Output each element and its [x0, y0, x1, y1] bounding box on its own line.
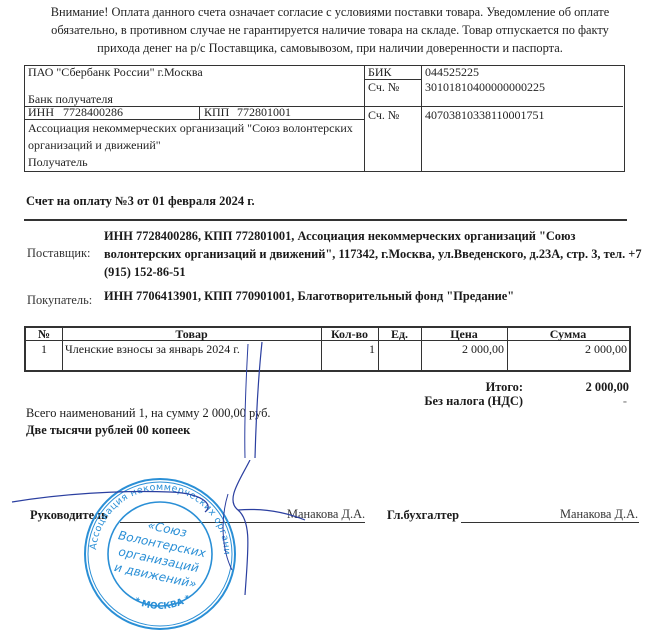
- items-summary: Всего наименований 1, на сумму 2 000,00 …: [26, 406, 270, 421]
- supplier-line: ИНН 7728400286, КПП 772801001, Ассоциаци…: [104, 227, 644, 245]
- recipient-name-line1: Ассоциация некоммерческих организаций "С…: [28, 121, 353, 136]
- bank-name: ПАО "Сбербанк России" г.Москва: [28, 65, 203, 80]
- column-header-unit: Ед.: [378, 327, 421, 342]
- account-label: Сч. №: [368, 108, 399, 123]
- supplier-line: (915) 152-86-51: [104, 263, 644, 281]
- stamp-bottom-text: * МОСКВА *: [132, 594, 193, 612]
- supplier-details: ИНН 7728400286, КПП 772801001, Ассоциаци…: [104, 227, 644, 281]
- total-label: Итого:: [380, 380, 523, 395]
- accountant-label: Гл.бухгалтер: [387, 508, 459, 523]
- column-header-num: №: [26, 327, 62, 342]
- row-item: Членские взносы за январь 2024 г.: [65, 342, 240, 357]
- goods-table: № Товар Кол-во Ед. Цена Сумма 1 Членские…: [24, 326, 631, 372]
- corr-account-value: 30101810400000000225: [425, 80, 545, 95]
- corr-account-label: Сч. №: [368, 80, 399, 95]
- account-value: 40703810338110001751: [425, 108, 545, 123]
- accountant-name: Манакова Д.А.: [560, 507, 638, 522]
- buyer-label: Покупатель:: [27, 293, 92, 308]
- recipient-label: Получатель: [28, 155, 88, 170]
- row-price: 2 000,00: [421, 342, 504, 357]
- kpp-label: КПП: [204, 105, 229, 120]
- inn-value: 7728400286: [63, 105, 123, 120]
- notice-line: Внимание! Оплата данного счета означает …: [40, 3, 620, 21]
- payment-notice: Внимание! Оплата данного счета означает …: [40, 3, 620, 57]
- row-sum: 2 000,00: [507, 342, 627, 357]
- title-divider: [24, 219, 627, 221]
- column-header-price: Цена: [421, 327, 507, 342]
- bik-label: БИК: [368, 65, 392, 80]
- check-mark-strokes: [240, 340, 270, 460]
- accountant-signature-line: [461, 522, 639, 523]
- buyer-details: ИНН 7706413901, КПП 770901001, Благотвор…: [104, 287, 514, 305]
- recipient-name-line2: организаций и движений": [28, 138, 161, 153]
- notice-line: обязательно, в противном случае не гаран…: [40, 21, 620, 39]
- vat-label: Без налога (НДС): [380, 394, 523, 409]
- column-header-sum: Сумма: [507, 327, 629, 342]
- svg-text:* МОСКВА *: * МОСКВА *: [132, 594, 193, 612]
- director-name: Манакова Д.А.: [287, 507, 365, 522]
- organization-stamp: Ассоциация некоммерческих организаций ОГ…: [82, 476, 238, 632]
- notice-line: прихода денег на р/с Поставщика, самовыв…: [40, 39, 620, 57]
- column-header-qty: Кол-во: [321, 327, 378, 342]
- supplier-label: Поставщик:: [27, 246, 91, 261]
- row-qty: 1: [321, 342, 375, 357]
- inn-label: ИНН: [28, 105, 54, 120]
- column-header-item: Товар: [62, 327, 321, 342]
- bik-value: 044525225: [425, 65, 479, 80]
- invoice-title: Счет на оплату №3 от 01 февраля 2024 г.: [26, 194, 255, 209]
- bank-requisites-table: ПАО "Сбербанк России" г.Москва Банк полу…: [24, 65, 625, 172]
- vat-value: -: [540, 394, 627, 409]
- divider: [199, 106, 200, 119]
- total-value: 2 000,00: [540, 380, 629, 395]
- supplier-line: волонтерских организаций и движений", 11…: [104, 245, 644, 263]
- divider: [421, 66, 422, 171]
- row-num: 1: [26, 342, 62, 357]
- kpp-value: 772801001: [237, 105, 291, 120]
- amount-in-words: Две тысячи рублей 00 копеек: [26, 423, 190, 438]
